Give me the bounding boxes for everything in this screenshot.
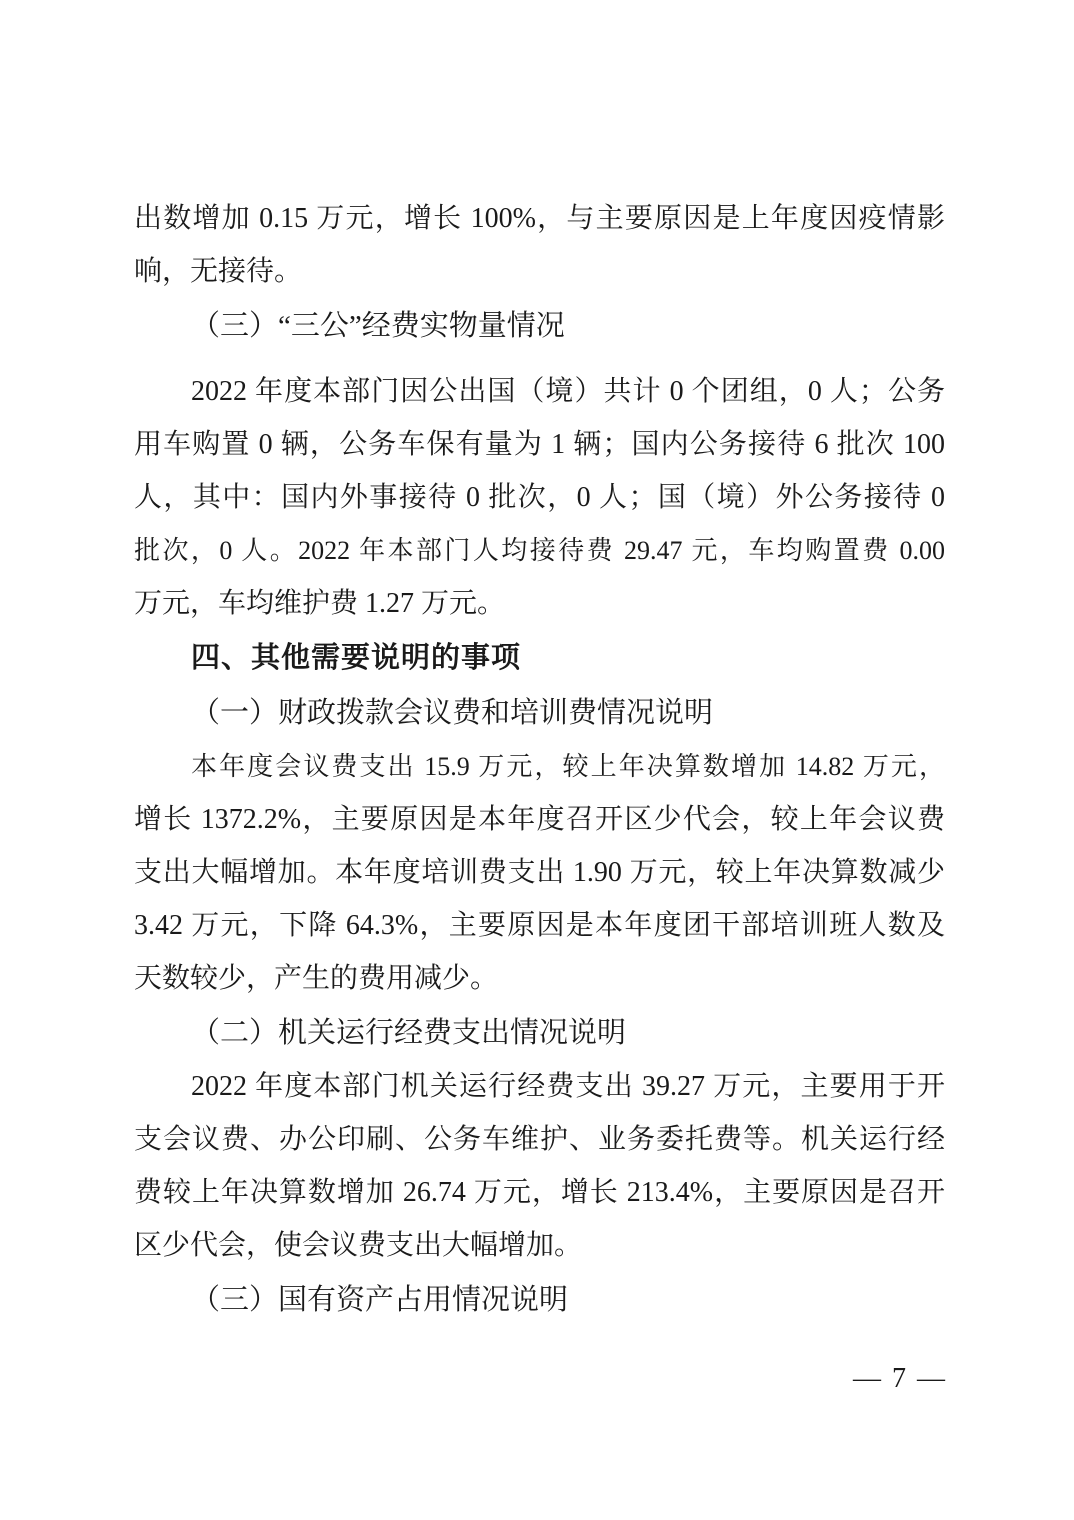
para-line: 3.42 万元，下降 64.3%，主要原因是本年度团干部培训班人数及 [134, 899, 945, 952]
para-line: 增长 1372.2%，主要原因是本年度召开区少代会，较上年会议费 [134, 793, 945, 846]
para-line: 支出大幅增加。本年度培训费支出 1.90 万元，较上年决算数减少 [134, 846, 945, 899]
para-line: 区少代会，使会议费支出大幅增加。 [134, 1219, 945, 1272]
para-line: 人，其中：国内外事接待 0 批次，0 人；国（境）外公务接待 0 [134, 471, 945, 524]
document-body: 出数增加 0.15 万元，增长 100%，与主要原因是上年度因疫情影 响，无接待… [134, 192, 945, 1327]
heading-section-four: 四、其他需要说明的事项 [134, 632, 945, 685]
para-line: 响，无接待。 [134, 245, 945, 298]
para-line: 批次，0 人。2022 年本部门人均接待费 29.47 元，车均购置费 0.00 [134, 524, 945, 577]
para-line: 用车购置 0 辆，公务车保有量为 1 辆；国内公务接待 6 批次 100 [134, 418, 945, 471]
para-line: 出数增加 0.15 万元，增长 100%，与主要原因是上年度因疫情影 [134, 192, 945, 245]
para-line: 支会议费、办公印刷、公务车维护、业务委托费等。机关运行经 [134, 1113, 945, 1166]
page-number: — 7 — [853, 1363, 947, 1395]
document-page: 出数增加 0.15 万元，增长 100%，与主要原因是上年度因疫情影 响，无接待… [0, 0, 1074, 1520]
heading-state-assets-occupancy: （三）国有资产占用情况说明 [134, 1274, 945, 1327]
para-line: 天数较少，产生的费用减少。 [134, 952, 945, 1005]
para-line: 万元，车均维护费 1.27 万元。 [134, 577, 945, 630]
heading-three-public-physical: （三）“三公”经费实物量情况 [134, 300, 945, 353]
heading-meeting-training-fees: （一）财政拨款会议费和培训费情况说明 [134, 687, 945, 740]
para-line: 2022 年度本部门机关运行经费支出 39.27 万元，主要用于开 [134, 1060, 945, 1113]
heading-agency-operating-expense: （二）机关运行经费支出情况说明 [134, 1007, 945, 1060]
para-line: 本年度会议费支出 15.9 万元，较上年决算数增加 14.82 万元， [134, 740, 945, 793]
para-line: 2022 年度本部门因公出国（境）共计 0 个团组，0 人；公务 [134, 365, 945, 418]
para-line: 费较上年决算数增加 26.74 万元，增长 213.4%，主要原因是召开 [134, 1166, 945, 1219]
